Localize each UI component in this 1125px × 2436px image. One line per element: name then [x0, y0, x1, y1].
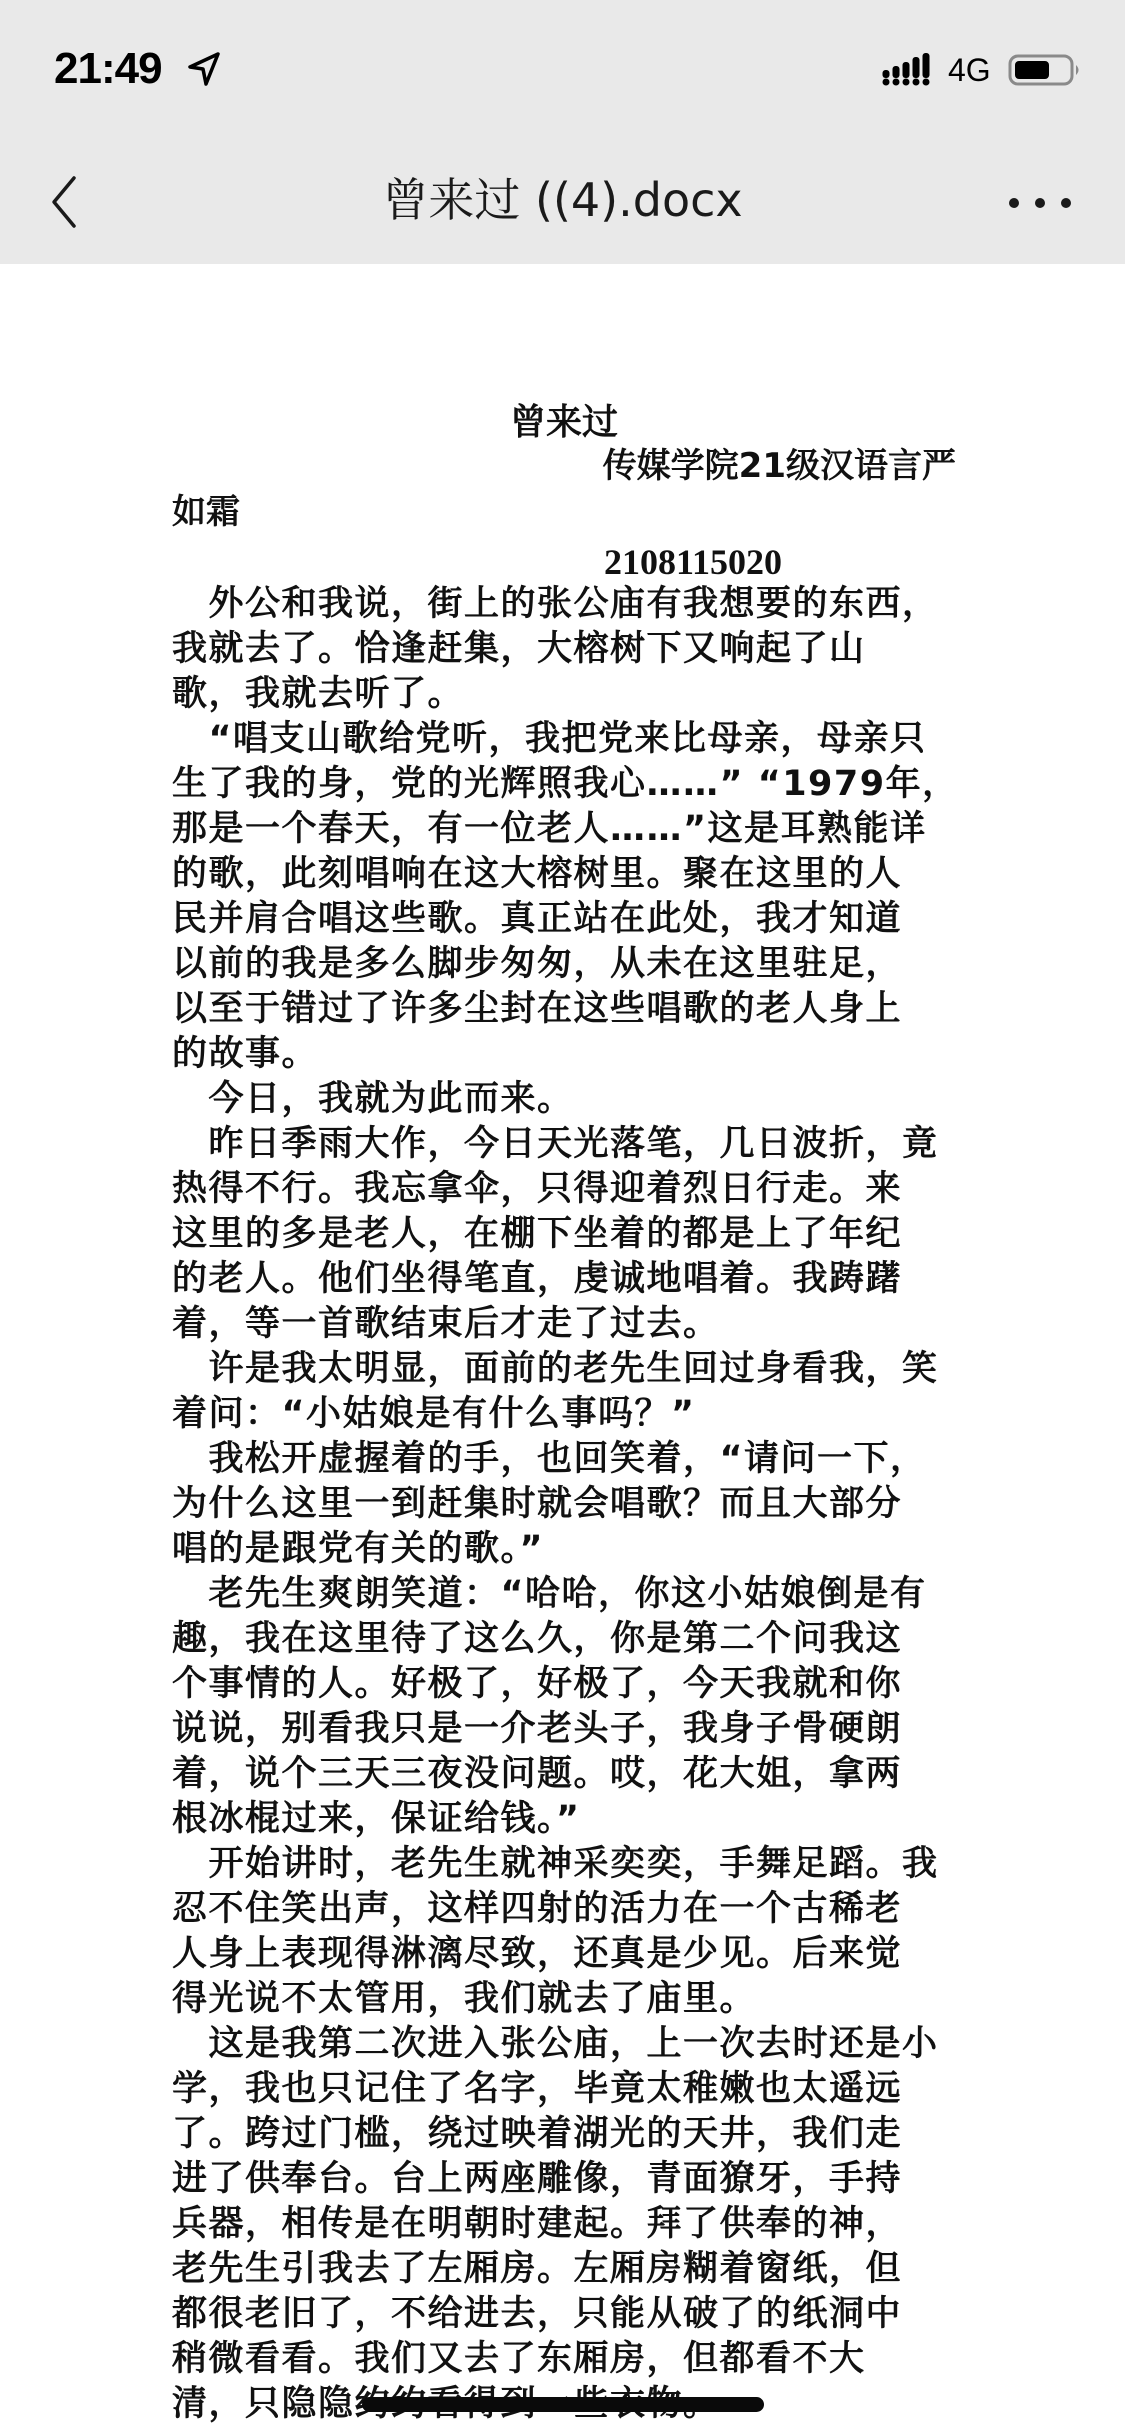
location-arrow-icon — [186, 50, 222, 88]
text-line: 说说，别看我只是一介老头子，我身子骨硬朗 — [172, 1707, 972, 1752]
essay-title: 曾来过 — [172, 398, 956, 448]
text-line: 热得不行。我忘拿伞，只得迎着烈日行走。来 — [172, 1167, 972, 1212]
text-line: 以至于错过了许多尘封在这些唱歌的老人身上 — [172, 987, 972, 1032]
text-line: 外公和我说，街上的张公庙有我想要的东西， — [172, 582, 972, 627]
text-line: 老先生爽朗笑道：“哈哈，你这小姑娘倒是有 — [172, 1572, 972, 1617]
home-indicator[interactable] — [362, 2397, 764, 2412]
document-filename-title: 曾来过 ((4).docx — [0, 168, 1125, 232]
text-line: 以前的我是多么脚步匆匆，从未在这里驻足， — [172, 942, 972, 987]
text-line: 根冰棍过来，保证给钱。” — [172, 1797, 972, 1842]
text-line: 这是我第二次进入张公庙，上一次去时还是小 — [172, 2022, 972, 2067]
text-line: 个事情的人。好极了，好极了，今天我就和你 — [172, 1662, 972, 1707]
text-line: 我松开虚握着的手，也回笑着，“请问一下， — [172, 1437, 972, 1482]
text-line: 民并肩合唱这些歌。真正站在此处，我才知道 — [172, 897, 972, 942]
text-line: 人身上表现得淋漓尽致，还真是少见。后来觉 — [172, 1932, 972, 1977]
text-line: 趣，我在这里待了这么久，你是第二个问我这 — [172, 1617, 972, 1662]
text-line: 许是我太明显，面前的老先生回过身看我，笑 — [172, 1347, 972, 1392]
author-line: 传媒学院21级汉语言严 — [172, 444, 956, 489]
text-line: 开始讲时，老先生就神采奕奕，手舞足蹈。我 — [172, 1842, 972, 1887]
cellular-signal-icon — [882, 52, 930, 88]
text-line: 着，等一首歌结束后才走了过去。 — [172, 1302, 972, 1347]
text-line: 着，说个三天三夜没问题。哎，花大姐，拿两 — [172, 1752, 972, 1797]
text-line: 昨日季雨大作，今日天光落笔，几日波折，竟 — [172, 1122, 972, 1167]
text-line: 生了我的身，党的光辉照我心……” “1979年， — [172, 762, 972, 807]
text-line: 学，我也只记住了名字，毕竟太稚嫩也太遥远 — [172, 2067, 972, 2112]
text-line: 都很老旧了，不给进去，只能从破了的纸洞中 — [172, 2292, 972, 2337]
text-line: 为什么这里一到赶集时就会唱歌？而且大部分 — [172, 1482, 972, 1527]
text-line: 稍微看看。我们又去了东厢房，但都看不大 — [172, 2337, 972, 2382]
text-line: 的歌，此刻唱响在这大榕树里。聚在这里的人 — [172, 852, 972, 897]
text-line: 忍不住笑出声，这样四射的活力在一个古稀老 — [172, 1887, 972, 1932]
network-type: 4G — [948, 51, 991, 89]
text-line: 歌，我就去听了。 — [172, 672, 972, 717]
text-line: 进了供奉台。台上两座雕像，青面獠牙，手持 — [172, 2157, 972, 2202]
text-line: 的老人。他们坐得笔直，虔诚地唱着。我踌躇 — [172, 1257, 972, 1302]
status-time: 21:49 — [54, 44, 162, 94]
text-line: 那是一个春天，有一位老人……”这是耳熟能详 — [172, 807, 972, 852]
status-bar: 21:49 4G — [0, 0, 1125, 140]
text-line: 的故事。 — [172, 1032, 972, 1077]
essay-body: 外公和我说，街上的张公庙有我想要的东西， 我就去了。恰逢赶集，大榕树下又响起了山… — [172, 582, 972, 2427]
text-line: 今日，我就为此而来。 — [172, 1077, 972, 1122]
text-line: 了。跨过门槛，绕过映着湖光的天井，我们走 — [172, 2112, 972, 2157]
text-line: 着问：“小姑娘是有什么事吗？” — [172, 1392, 972, 1437]
text-line: 老先生引我去了左厢房。左厢房糊着窗纸，但 — [172, 2247, 972, 2292]
author-name-wrap: 如霜 — [172, 490, 240, 535]
battery-icon — [1008, 52, 1084, 88]
nav-bar: 曾来过 ((4).docx — [0, 140, 1125, 264]
document-viewer[interactable]: 曾来过 传媒学院21级汉语言严 如霜 2108115020 外公和我说，街上的张… — [0, 264, 1125, 2436]
text-line: 这里的多是老人，在棚下坐着的都是上了年纪 — [172, 1212, 972, 1257]
top-bar: 21:49 4G 曾来过 ((4).docx — [0, 0, 1125, 264]
text-line: 得光说不太管用，我们就去了庙里。 — [172, 1977, 972, 2022]
more-options-button[interactable] — [1000, 178, 1080, 228]
student-id: 2108115020 — [604, 542, 782, 582]
text-line: 唱的是跟党有关的歌。” — [172, 1527, 972, 1572]
text-line: “唱支山歌给党听，我把党来比母亲，母亲只 — [172, 717, 972, 762]
text-line: 我就去了。恰逢赶集，大榕树下又响起了山 — [172, 627, 972, 672]
text-line: 兵器，相传是在明朝时建起。拜了供奉的神， — [172, 2202, 972, 2247]
